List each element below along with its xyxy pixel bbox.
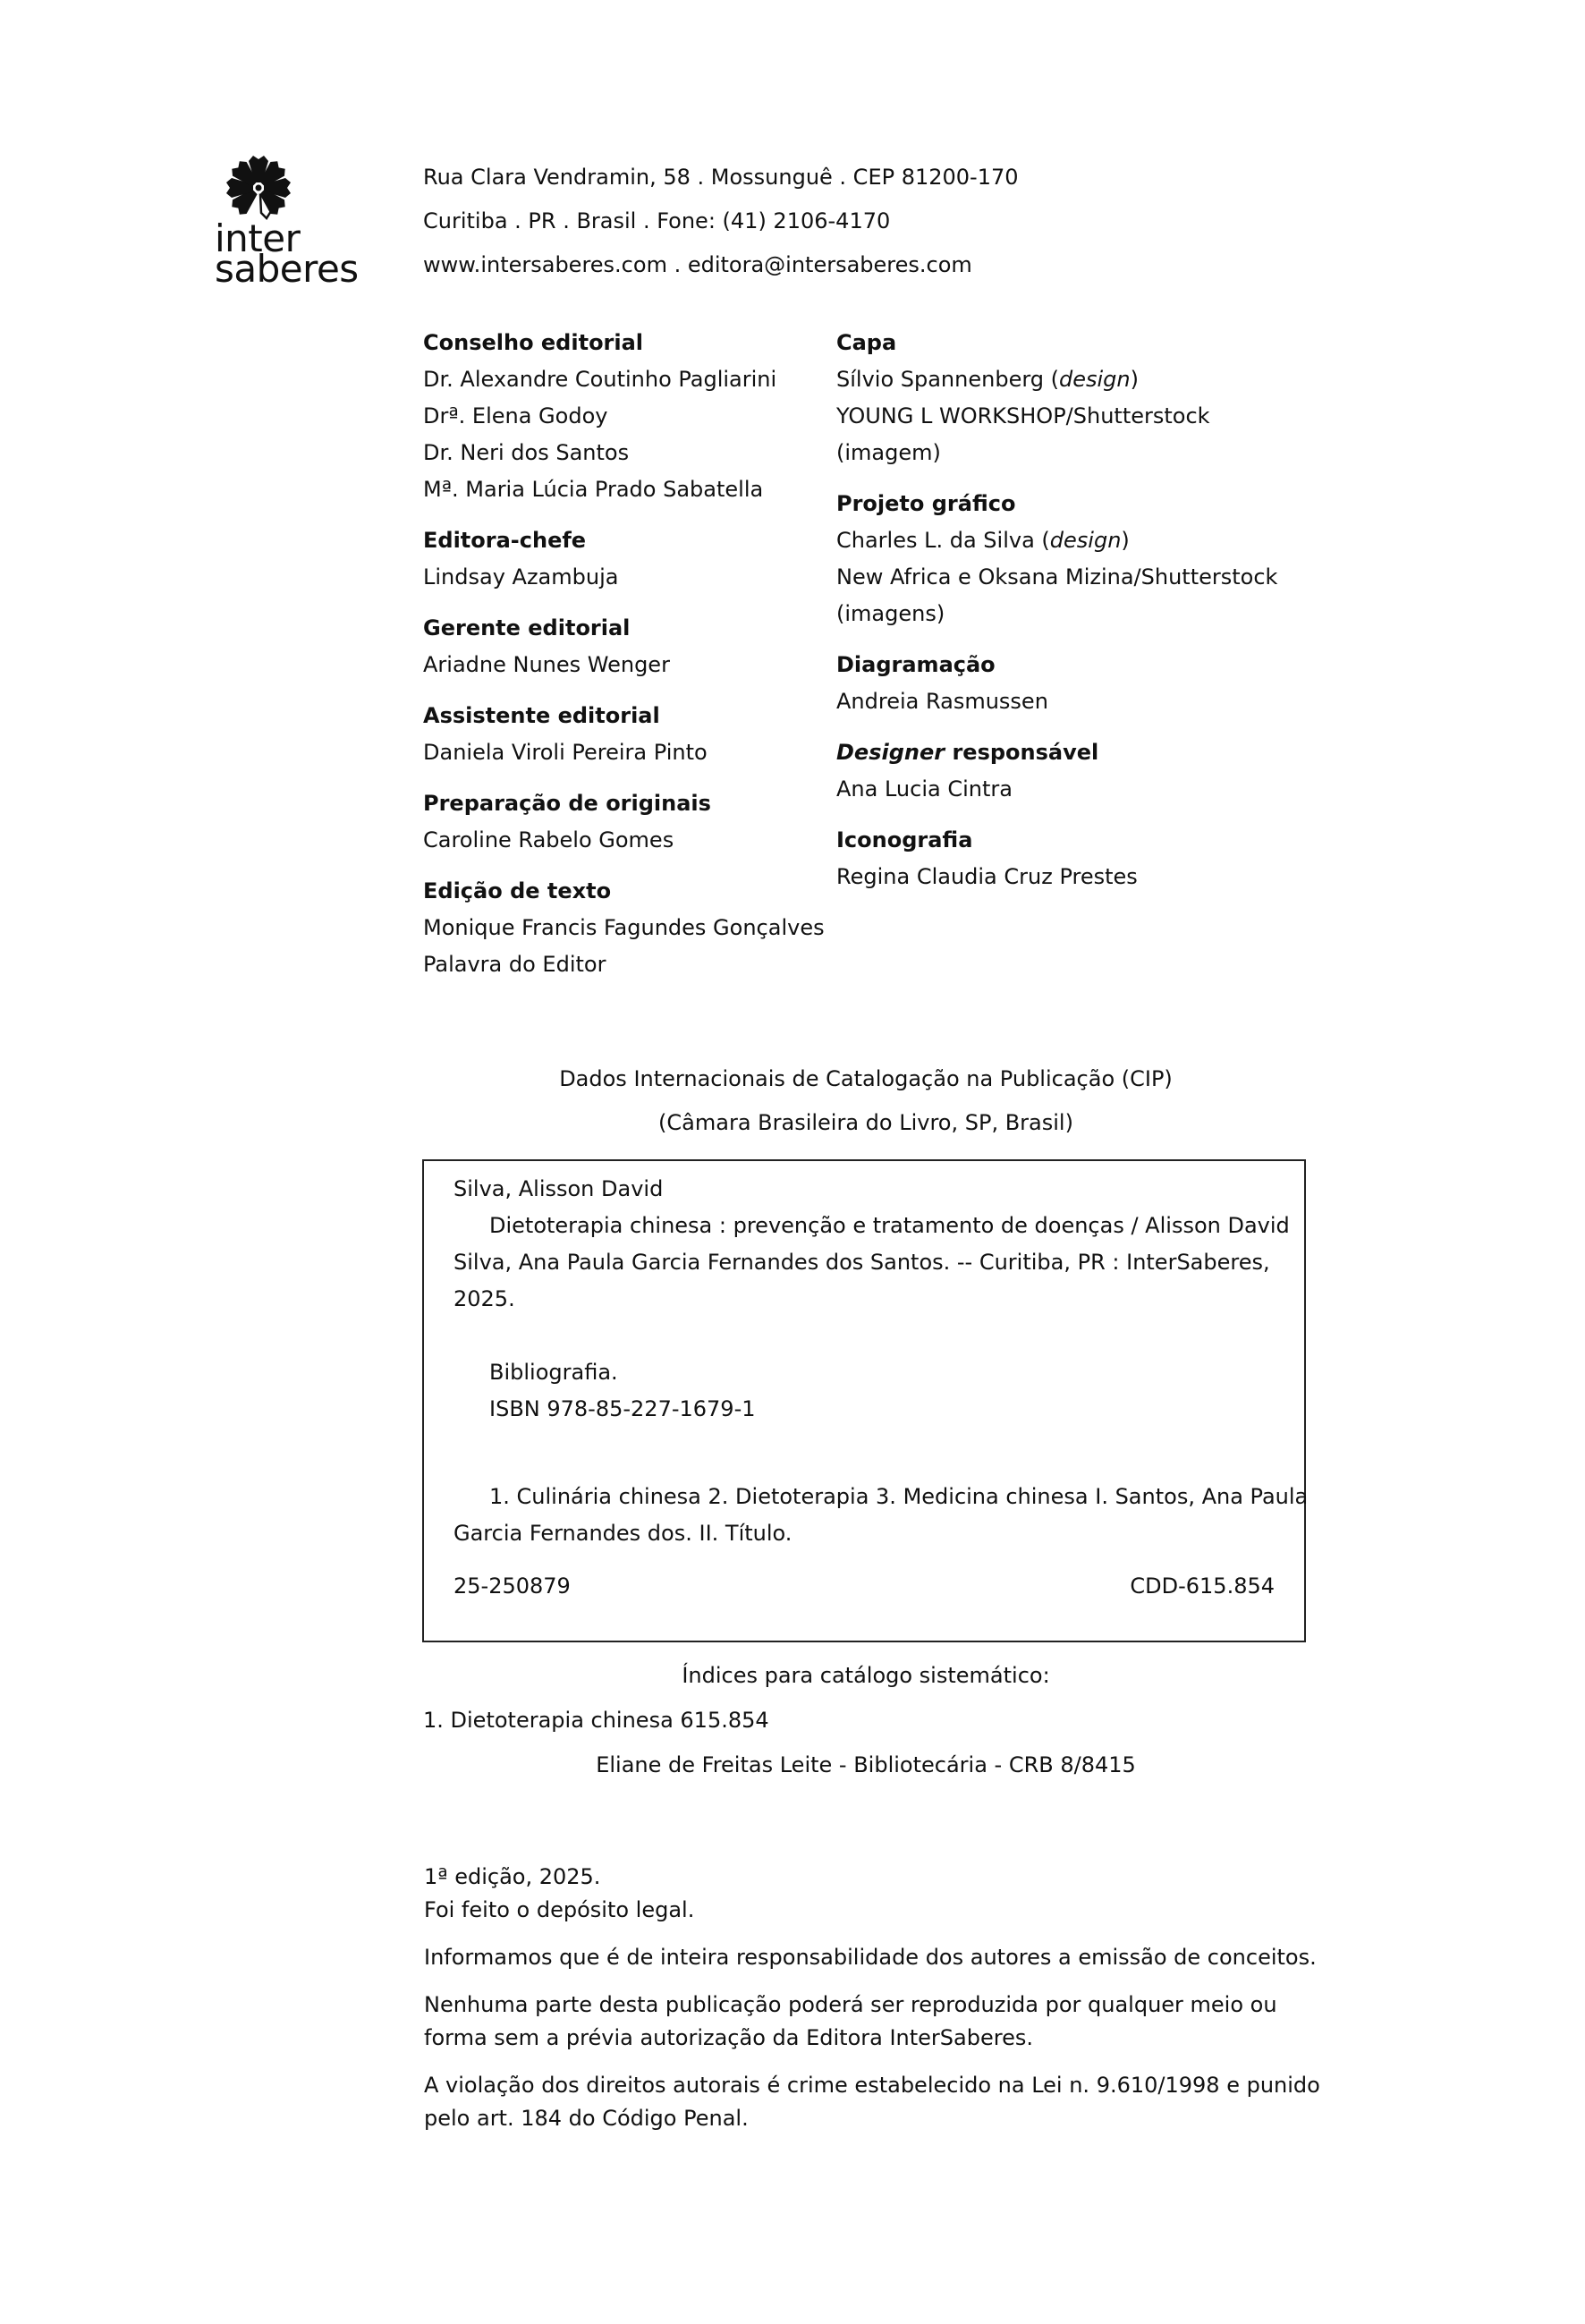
credit-name: (imagem) — [836, 435, 1248, 471]
credit-heading: Capa — [836, 325, 1248, 361]
credit-name: Charles L. da Silva (design) — [836, 522, 1248, 559]
cip-isbn: ISBN 978-85-227-1679-1 — [489, 1391, 756, 1428]
credit-heading: Preparação de originais — [423, 785, 835, 822]
credit-name: (imagens) — [836, 596, 1248, 632]
catalog-index-entry: 1. Dietoterapia chinesa 615.854 — [423, 1699, 769, 1743]
credit-section-editora-chefe: Editora-chefe Lindsay Azambuja — [423, 522, 835, 596]
credit-section-gerente: Gerente editorial Ariadne Nunes Wenger — [423, 610, 835, 683]
credit-section-diagramacao: Diagramação Andreia Rasmussen — [836, 647, 1248, 720]
cip-title-line: Dados Internacionais de Catalogação na P… — [423, 1057, 1309, 1101]
credits-left-column: Conselho editorial Dr. Alexandre Coutinh… — [423, 325, 835, 997]
credit-section-iconografia: Iconografia Regina Claudia Cruz Prestes — [836, 822, 1248, 895]
cip-bibliography: Bibliografia. — [489, 1354, 618, 1391]
reproduction-note-cont: forma sem a prévia autorização da Editor… — [424, 2022, 1327, 2055]
credit-heading: Assistente editorial — [423, 698, 835, 734]
credit-name: Palavra do Editor — [423, 946, 835, 983]
cip-catalog-box: Silva, Alisson David Dietoterapia chines… — [422, 1159, 1306, 1642]
cip-subtitle-line: (Câmara Brasileira do Livro, SP, Brasil) — [423, 1101, 1309, 1145]
edition-note: 1ª edição, 2025. — [424, 1861, 1327, 1894]
cip-cdd: CDD-615.854 — [1130, 1568, 1275, 1605]
credit-section-designer: Designer responsável Ana Lucia Cintra — [836, 734, 1248, 808]
credit-name: Dr. Alexandre Coutinho Pagliarini — [423, 361, 835, 398]
address-city-phone: Curitiba . PR . Brasil . Fone: (41) 2106… — [423, 199, 1019, 243]
credit-name: Dr. Neri dos Santos — [423, 435, 835, 471]
librarian-credit: Eliane de Freitas Leite - Bibliotecária … — [423, 1743, 1309, 1787]
credit-name: Drª. Elena Godoy — [423, 398, 835, 435]
credit-section-assistente: Assistente editorial Daniela Viroli Pere… — [423, 698, 835, 771]
credit-heading: Projeto gráfico — [836, 486, 1248, 522]
credit-heading: Gerente editorial — [423, 610, 835, 647]
cip-subjects-cont: Garcia Fernandes dos. II. Título. — [453, 1515, 792, 1552]
cip-title-entry-cont: Silva, Ana Paula Garcia Fernandes dos Sa… — [453, 1244, 1270, 1281]
credit-name: Regina Claudia Cruz Prestes — [836, 859, 1248, 895]
cip-title: Dados Internacionais de Catalogação na P… — [423, 1057, 1309, 1145]
publisher-address: Rua Clara Vendramin, 58 . Mossunguê . CE… — [423, 156, 1019, 287]
address-street: Rua Clara Vendramin, 58 . Mossunguê . CE… — [423, 156, 1019, 199]
credit-name: Sílvio Spannenberg (design) — [836, 361, 1248, 398]
credit-section-preparacao: Preparação de originais Caroline Rabelo … — [423, 785, 835, 859]
logo-text-saberes: saberes — [215, 250, 359, 288]
cip-title-entry: Dietoterapia chinesa : prevenção e trata… — [489, 1208, 1290, 1244]
flower-emblem-icon — [218, 152, 299, 224]
credit-section-projeto-grafico: Projeto gráfico Charles L. da Silva (des… — [836, 486, 1248, 632]
cip-control-number: 25-250879 — [453, 1568, 571, 1605]
credit-heading: Designer responsável — [836, 734, 1248, 771]
credit-section-capa: Capa Sílvio Spannenberg (design) YOUNG L… — [836, 325, 1248, 471]
cip-subjects: 1. Culinária chinesa 2. Dietoterapia 3. … — [489, 1479, 1308, 1515]
address-web-email: www.intersaberes.com . editora@intersabe… — [423, 243, 1019, 287]
copyright-violation-note-cont: pelo art. 184 do Código Penal. — [424, 2102, 1327, 2135]
publisher-logo: inter saberes — [211, 152, 377, 288]
credit-name: Ariadne Nunes Wenger — [423, 647, 835, 683]
copyright-violation-note: A violação dos direitos autorais é crime… — [424, 2069, 1327, 2102]
credit-heading: Edição de texto — [423, 873, 835, 910]
credit-name: Monique Francis Fagundes Gonçalves — [423, 910, 835, 946]
credit-section-edicao: Edição de texto Monique Francis Fagundes… — [423, 873, 835, 983]
credit-heading: Iconografia — [836, 822, 1248, 859]
credit-heading: Diagramação — [836, 647, 1248, 683]
credit-name: New Africa e Oksana Mizina/Shutterstock — [836, 559, 1248, 596]
credit-section-conselho: Conselho editorial Dr. Alexandre Coutinh… — [423, 325, 835, 508]
credit-name: YOUNG L WORKSHOP/Shutterstock — [836, 398, 1248, 435]
credit-heading: Editora-chefe — [423, 522, 835, 559]
credit-name: Daniela Viroli Pereira Pinto — [423, 734, 835, 771]
catalog-index-heading: Índices para catálogo sistemático: — [423, 1654, 1309, 1698]
cip-author: Silva, Alisson David — [453, 1171, 663, 1208]
credit-name: Ana Lucia Cintra — [836, 771, 1248, 808]
credit-name: Andreia Rasmussen — [836, 683, 1248, 720]
legal-deposit-note: Foi feito o depósito legal. — [424, 1894, 1327, 1927]
credit-heading: Conselho editorial — [423, 325, 835, 361]
responsibility-note: Informamos que é de inteira responsabili… — [424, 1941, 1327, 1974]
credits-right-column: Capa Sílvio Spannenberg (design) YOUNG L… — [836, 325, 1248, 910]
cip-title-entry-year: 2025. — [453, 1281, 515, 1318]
credit-name: Mª. Maria Lúcia Prado Sabatella — [423, 471, 835, 508]
credit-name: Lindsay Azambuja — [423, 559, 835, 596]
credit-name: Caroline Rabelo Gomes — [423, 822, 835, 859]
legal-notes: 1ª edição, 2025. Foi feito o depósito le… — [424, 1861, 1327, 2135]
reproduction-note: Nenhuma parte desta publicação poderá se… — [424, 1989, 1327, 2022]
